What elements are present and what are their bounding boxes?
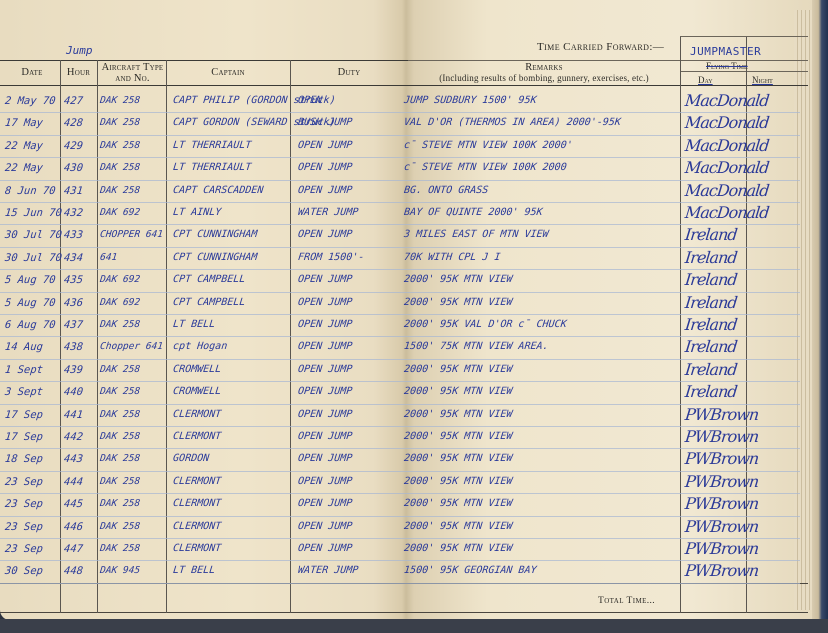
entry-duty: OPEN JUMP	[297, 537, 402, 561]
entry-aircraft: DAK 258	[99, 403, 170, 427]
entry-remarks: 2000' 95K MTN VIEW	[403, 447, 681, 471]
entry-remarks: 2000' 95K MTN VIEW	[403, 403, 681, 427]
entry-captain: CLERMONT	[172, 470, 290, 494]
entry-signature: PWBrown	[684, 447, 797, 471]
entry-duty: OPEN JUMP	[297, 313, 402, 337]
entry-hour: 434	[63, 246, 96, 270]
entry-date: 23 Sep	[4, 492, 62, 516]
log-entry-row: 5 Aug 70436DAK 692CPT CAMPBELLOPEN JUMP2…	[0, 291, 810, 315]
entry-duty: OPEN JUMP	[297, 403, 402, 427]
entry-date: 1 Sept	[4, 358, 62, 382]
entry-date: 5 Aug 70	[4, 268, 62, 292]
entry-date: 17 May	[4, 111, 62, 135]
entry-date: 23 Sep	[4, 470, 62, 494]
entry-signature: Ireland	[684, 268, 797, 292]
entry-aircraft: DAK 258	[99, 358, 170, 382]
entry-hour: 439	[63, 358, 96, 382]
entry-hour: 433	[63, 223, 96, 247]
entry-aircraft: DAK 258	[99, 447, 170, 471]
log-entry-row: 22 May429DAK 258LT THERRIAULTOPEN JUMPc̄…	[0, 134, 810, 158]
entry-aircraft: DAK 258	[99, 470, 170, 494]
entry-date: 5 Aug 70	[4, 291, 62, 315]
entry-captain: LT AINLY	[172, 201, 290, 225]
background	[0, 619, 828, 633]
log-entry-row: 23 Sep446DAK 258CLERMONTOPEN JUMP2000' 9…	[0, 515, 810, 539]
entry-aircraft: DAK 258	[99, 134, 170, 158]
entry-aircraft: DAK 258	[99, 492, 170, 516]
entry-hour: 438	[63, 335, 96, 359]
entry-remarks: 2000' 95K VAL D'OR c̄ CHUCK	[403, 313, 681, 337]
header-top-rule-left	[0, 60, 408, 61]
entry-signature: Ireland	[684, 313, 797, 337]
entry-signature: PWBrown	[684, 515, 797, 539]
entry-date: 3 Sept	[4, 380, 62, 404]
header-night: Night	[752, 75, 773, 85]
book-cover-edge	[812, 0, 828, 633]
entry-aircraft: DAK 692	[99, 291, 170, 315]
entry-duty: OPEN JUMP	[297, 425, 402, 449]
entry-signature: Ireland	[684, 223, 797, 247]
header-top-rule-right	[408, 60, 808, 61]
entry-date: 15 Jun 70	[4, 201, 62, 225]
entry-date: 18 Sep	[4, 447, 62, 471]
entry-date: 30 Sep	[4, 559, 62, 583]
log-entry-row: 5 Aug 70435DAK 692CPT CAMPBELLOPEN JUMP2…	[0, 268, 810, 292]
entry-duty: WATER JUMP	[297, 201, 402, 225]
header-flying-time: Flying Time	[706, 61, 748, 71]
entry-date: 17 Sep	[4, 403, 62, 427]
entry-duty: OPEN JUMP	[297, 492, 402, 516]
entry-signature: PWBrown	[684, 559, 797, 583]
entry-hour: 435	[63, 268, 96, 292]
entry-aircraft: DAK 692	[99, 268, 170, 292]
entry-signature: PWBrown	[684, 425, 797, 449]
entry-date: 6 Aug 70	[4, 313, 62, 337]
entry-remarks: 2000' 95K MTN VIEW	[403, 380, 681, 404]
entry-signature: MacDonald	[684, 156, 797, 180]
entry-hour: 443	[63, 447, 96, 471]
log-entry-row: 3 Sept440DAK 258CROMWELLOPEN JUMP2000' 9…	[0, 380, 810, 404]
entry-captain: CPT CAMPBELL	[172, 268, 290, 292]
entry-hour: 430	[63, 156, 96, 180]
entry-remarks: 2000' 95K MTN VIEW	[403, 470, 681, 494]
header-aircraft: Aircraft Type and No.	[99, 62, 166, 84]
entry-hour: 428	[63, 111, 96, 135]
entry-signature: PWBrown	[684, 492, 797, 516]
entry-duty: OPEN JUMP	[297, 335, 402, 359]
entry-aircraft: DAK 258	[99, 156, 170, 180]
entry-hour: 445	[63, 492, 96, 516]
log-entry-row: 1 Sept439DAK 258CROMWELLOPEN JUMP2000' 9…	[0, 358, 810, 382]
header-date: Date	[4, 67, 60, 78]
header-duty: Duty	[290, 67, 408, 78]
entry-hour: 441	[63, 403, 96, 427]
log-entry-row: 22 May430DAK 258LT THERRIAULTOPEN JUMPc̄…	[0, 156, 810, 180]
entry-date: 22 May	[4, 134, 62, 158]
entry-hour: 446	[63, 515, 96, 539]
jumpmaster-note: JUMPMASTER	[690, 45, 761, 58]
entry-aircraft: 641	[99, 246, 170, 270]
entry-hour: 429	[63, 134, 96, 158]
entry-aircraft: DAK 258	[99, 515, 170, 539]
log-entry-row: 17 Sep442DAK 258CLERMONTOPEN JUMP2000' 9…	[0, 425, 810, 449]
entry-date: 17 Sep	[4, 425, 62, 449]
entry-aircraft: DAK 258	[99, 380, 170, 404]
entry-duty: BUSH JUMP	[297, 111, 402, 135]
entry-signature: MacDonald	[684, 89, 797, 113]
entry-date: 23 Sep	[4, 537, 62, 561]
entry-captain: cpt Hogan	[172, 335, 290, 359]
entry-captain: CLERMONT	[172, 492, 290, 516]
jumpmaster-box-top	[680, 36, 808, 37]
log-entry-row: 30 Sep448DAK 945LT BELLWATER JUMP1500' 9…	[0, 559, 810, 583]
entry-aircraft: DAK 258	[99, 313, 170, 337]
header-day: Day	[698, 75, 713, 85]
entry-date: 14 Aug	[4, 335, 62, 359]
log-entry-row: 8 Jun 70431DAK 258CAPT CARSCADDENOPEN JU…	[0, 179, 810, 203]
entry-signature: Ireland	[684, 291, 797, 315]
entry-signature: Ireland	[684, 380, 797, 404]
entry-remarks: 2000' 95K MTN VIEW	[403, 537, 681, 561]
entry-captain: CLERMONT	[172, 403, 290, 427]
entry-remarks: 1500' 95K GEORGIAN BAY	[403, 559, 681, 583]
log-entry-row: 14 Aug438Chopper 641cpt HoganOPEN JUMP15…	[0, 335, 810, 359]
entry-duty: OPEN JUMP	[297, 268, 402, 292]
entry-captain: CLERMONT	[172, 425, 290, 449]
entry-aircraft: DAK 258	[99, 537, 170, 561]
time-carried-forward: Time Carried Forward:—	[537, 41, 664, 53]
entry-duty: OPEN JUMP	[297, 515, 402, 539]
log-entry-row: 17 May428DAK 258CAPT GORDON (SEWARD stru…	[0, 111, 810, 135]
entry-captain: CAPT GORDON (SEWARD struck)	[172, 111, 290, 135]
header-remarks-sub: (Including results of bombing, gunnery, …	[408, 73, 680, 84]
entry-captain: CPT CUNNINGHAM	[172, 246, 290, 270]
log-entry-row: 23 Sep447DAK 258CLERMONTOPEN JUMP2000' 9…	[0, 537, 810, 561]
entry-captain: CLERMONT	[172, 515, 290, 539]
header-remarks: Remarks	[408, 62, 680, 73]
entry-remarks: 2000' 95K MTN VIEW	[403, 291, 681, 315]
entry-hour: 427	[63, 89, 96, 113]
entry-remarks: 3 MILES EAST OF MTN VIEW	[403, 223, 681, 247]
entry-captain: CROMWELL	[172, 358, 290, 382]
entry-signature: Ireland	[684, 246, 797, 270]
entry-captain: GORDON	[172, 447, 290, 471]
entry-date: 8 Jun 70	[4, 179, 62, 203]
entry-signature: MacDonald	[684, 134, 797, 158]
entry-duty: OPEN JUMP	[297, 134, 402, 158]
entry-signature: PWBrown	[684, 537, 797, 561]
entry-remarks: c̄ STEVE MTN VIEW 100K 2000	[403, 156, 681, 180]
top-note: Jump	[66, 44, 93, 57]
entry-date: 2 May 70	[4, 89, 62, 113]
entry-captain: CROMWELL	[172, 380, 290, 404]
entry-remarks: BAY OF QUINTE 2000' 95K	[403, 201, 681, 225]
entry-aircraft: DAK 258	[99, 179, 170, 203]
header-hour: Hour	[60, 67, 97, 78]
entry-signature: Ireland	[684, 335, 797, 359]
entry-hour: 437	[63, 313, 96, 337]
log-entry-row: 15 Jun 70432DAK 692LT AINLYWATER JUMPBAY…	[0, 201, 810, 225]
entry-hour: 442	[63, 425, 96, 449]
entry-captain: LT BELL	[172, 313, 290, 337]
entry-signature: Ireland	[684, 358, 797, 382]
entry-remarks: 70K WITH CPL J I	[403, 246, 681, 270]
entry-duty: OPEN JUMP	[297, 179, 402, 203]
flying-time-rule	[680, 71, 808, 72]
entry-duty: FROM 1500'-	[297, 246, 402, 270]
entry-hour: 436	[63, 291, 96, 315]
entry-duty: OPEN JUMP	[297, 447, 402, 471]
log-entry-row: 17 Sep441DAK 258CLERMONTOPEN JUMP2000' 9…	[0, 403, 810, 427]
entry-remarks: JUMP SUDBURY 1500' 95K	[403, 89, 681, 113]
entry-aircraft: DAK 258	[99, 425, 170, 449]
total-bottom-rule	[0, 612, 808, 613]
log-entry-row: 30 Jul 70434641CPT CUNNINGHAMFROM 1500'-…	[0, 246, 810, 270]
entry-captain: CLERMONT	[172, 537, 290, 561]
entry-hour: 432	[63, 201, 96, 225]
entry-date: 30 Jul 70	[4, 246, 62, 270]
entry-hour: 444	[63, 470, 96, 494]
entry-hour: 447	[63, 537, 96, 561]
entry-hour: 431	[63, 179, 96, 203]
log-entry-row: 30 Jul 70433CHOPPER 641CPT CUNNINGHAMOPE…	[0, 223, 810, 247]
entry-duty: OPEN JUMP	[297, 470, 402, 494]
header-bottom-rule	[0, 85, 808, 86]
entry-aircraft: Chopper 641	[99, 335, 170, 359]
entry-duty: OPEN JUMP	[297, 156, 402, 180]
entry-duty: OPEN JUMP	[297, 380, 402, 404]
entry-date: 30 Jul 70	[4, 223, 62, 247]
entry-captain: LT BELL	[172, 559, 290, 583]
entry-hour: 440	[63, 380, 96, 404]
entry-remarks: 2000' 95K MTN VIEW	[403, 425, 681, 449]
log-entry-row: 2 May 70427DAK 258CAPT PHILIP (GORDON st…	[0, 89, 810, 113]
entry-duty: OPEN JUMP	[297, 358, 402, 382]
entry-aircraft: DAK 692	[99, 201, 170, 225]
log-entry-row: 23 Sep445DAK 258CLERMONTOPEN JUMP2000' 9…	[0, 492, 810, 516]
log-entry-row: 23 Sep444DAK 258CLERMONTOPEN JUMP2000' 9…	[0, 470, 810, 494]
entry-captain: CAPT PHILIP (GORDON struck)	[172, 89, 290, 113]
entry-remarks: 2000' 95K MTN VIEW	[403, 268, 681, 292]
entry-duty: OPEN JUMP	[297, 223, 402, 247]
log-entry-row: 6 Aug 70437DAK 258LT BELLOPEN JUMP2000' …	[0, 313, 810, 337]
entry-date: 22 May	[4, 156, 62, 180]
entry-signature: MacDonald	[684, 201, 797, 225]
entry-remarks: BG. ONTO GRASS	[403, 179, 681, 203]
entry-duty: OPEN JUMP	[297, 291, 402, 315]
entry-captain: CAPT CARSCADDEN	[172, 179, 290, 203]
entry-aircraft: DAK 945	[99, 559, 170, 583]
entry-signature: PWBrown	[684, 403, 797, 427]
entry-captain: CPT CAMPBELL	[172, 291, 290, 315]
log-entry-row: 18 Sep443DAK 258GORDONOPEN JUMP2000' 95K…	[0, 447, 810, 471]
entry-remarks: VAL D'OR (THERMOS IN AREA) 2000'-95K	[403, 111, 681, 135]
header-captain: Captain	[166, 67, 290, 78]
entry-remarks: 1500' 75K MTN VIEW AREA.	[403, 335, 681, 359]
entry-hour: 448	[63, 559, 96, 583]
entry-aircraft: CHOPPER 641	[99, 223, 170, 247]
entry-remarks: 2000' 95K MTN VIEW	[403, 492, 681, 516]
entry-remarks: 2000' 95K MTN VIEW	[403, 358, 681, 382]
entry-aircraft: DAK 258	[99, 111, 170, 135]
entry-date: 23 Sep	[4, 515, 62, 539]
entry-signature: MacDonald	[684, 179, 797, 203]
total-time-label: Total Time...	[598, 596, 655, 606]
entry-captain: LT THERRIAULT	[172, 134, 290, 158]
entry-signature: PWBrown	[684, 470, 797, 494]
entry-captain: LT THERRIAULT	[172, 156, 290, 180]
entry-remarks: c̄ STEVE MTN VIEW 100K 2000'	[403, 134, 681, 158]
entry-duty: WATER JUMP	[297, 559, 402, 583]
entry-duty: OPEN	[297, 89, 402, 113]
entry-captain: CPT CUNNINGHAM	[172, 223, 290, 247]
entry-signature: MacDonald	[684, 111, 797, 135]
entry-aircraft: DAK 258	[99, 89, 170, 113]
entry-remarks: 2000' 95K MTN VIEW	[403, 515, 681, 539]
